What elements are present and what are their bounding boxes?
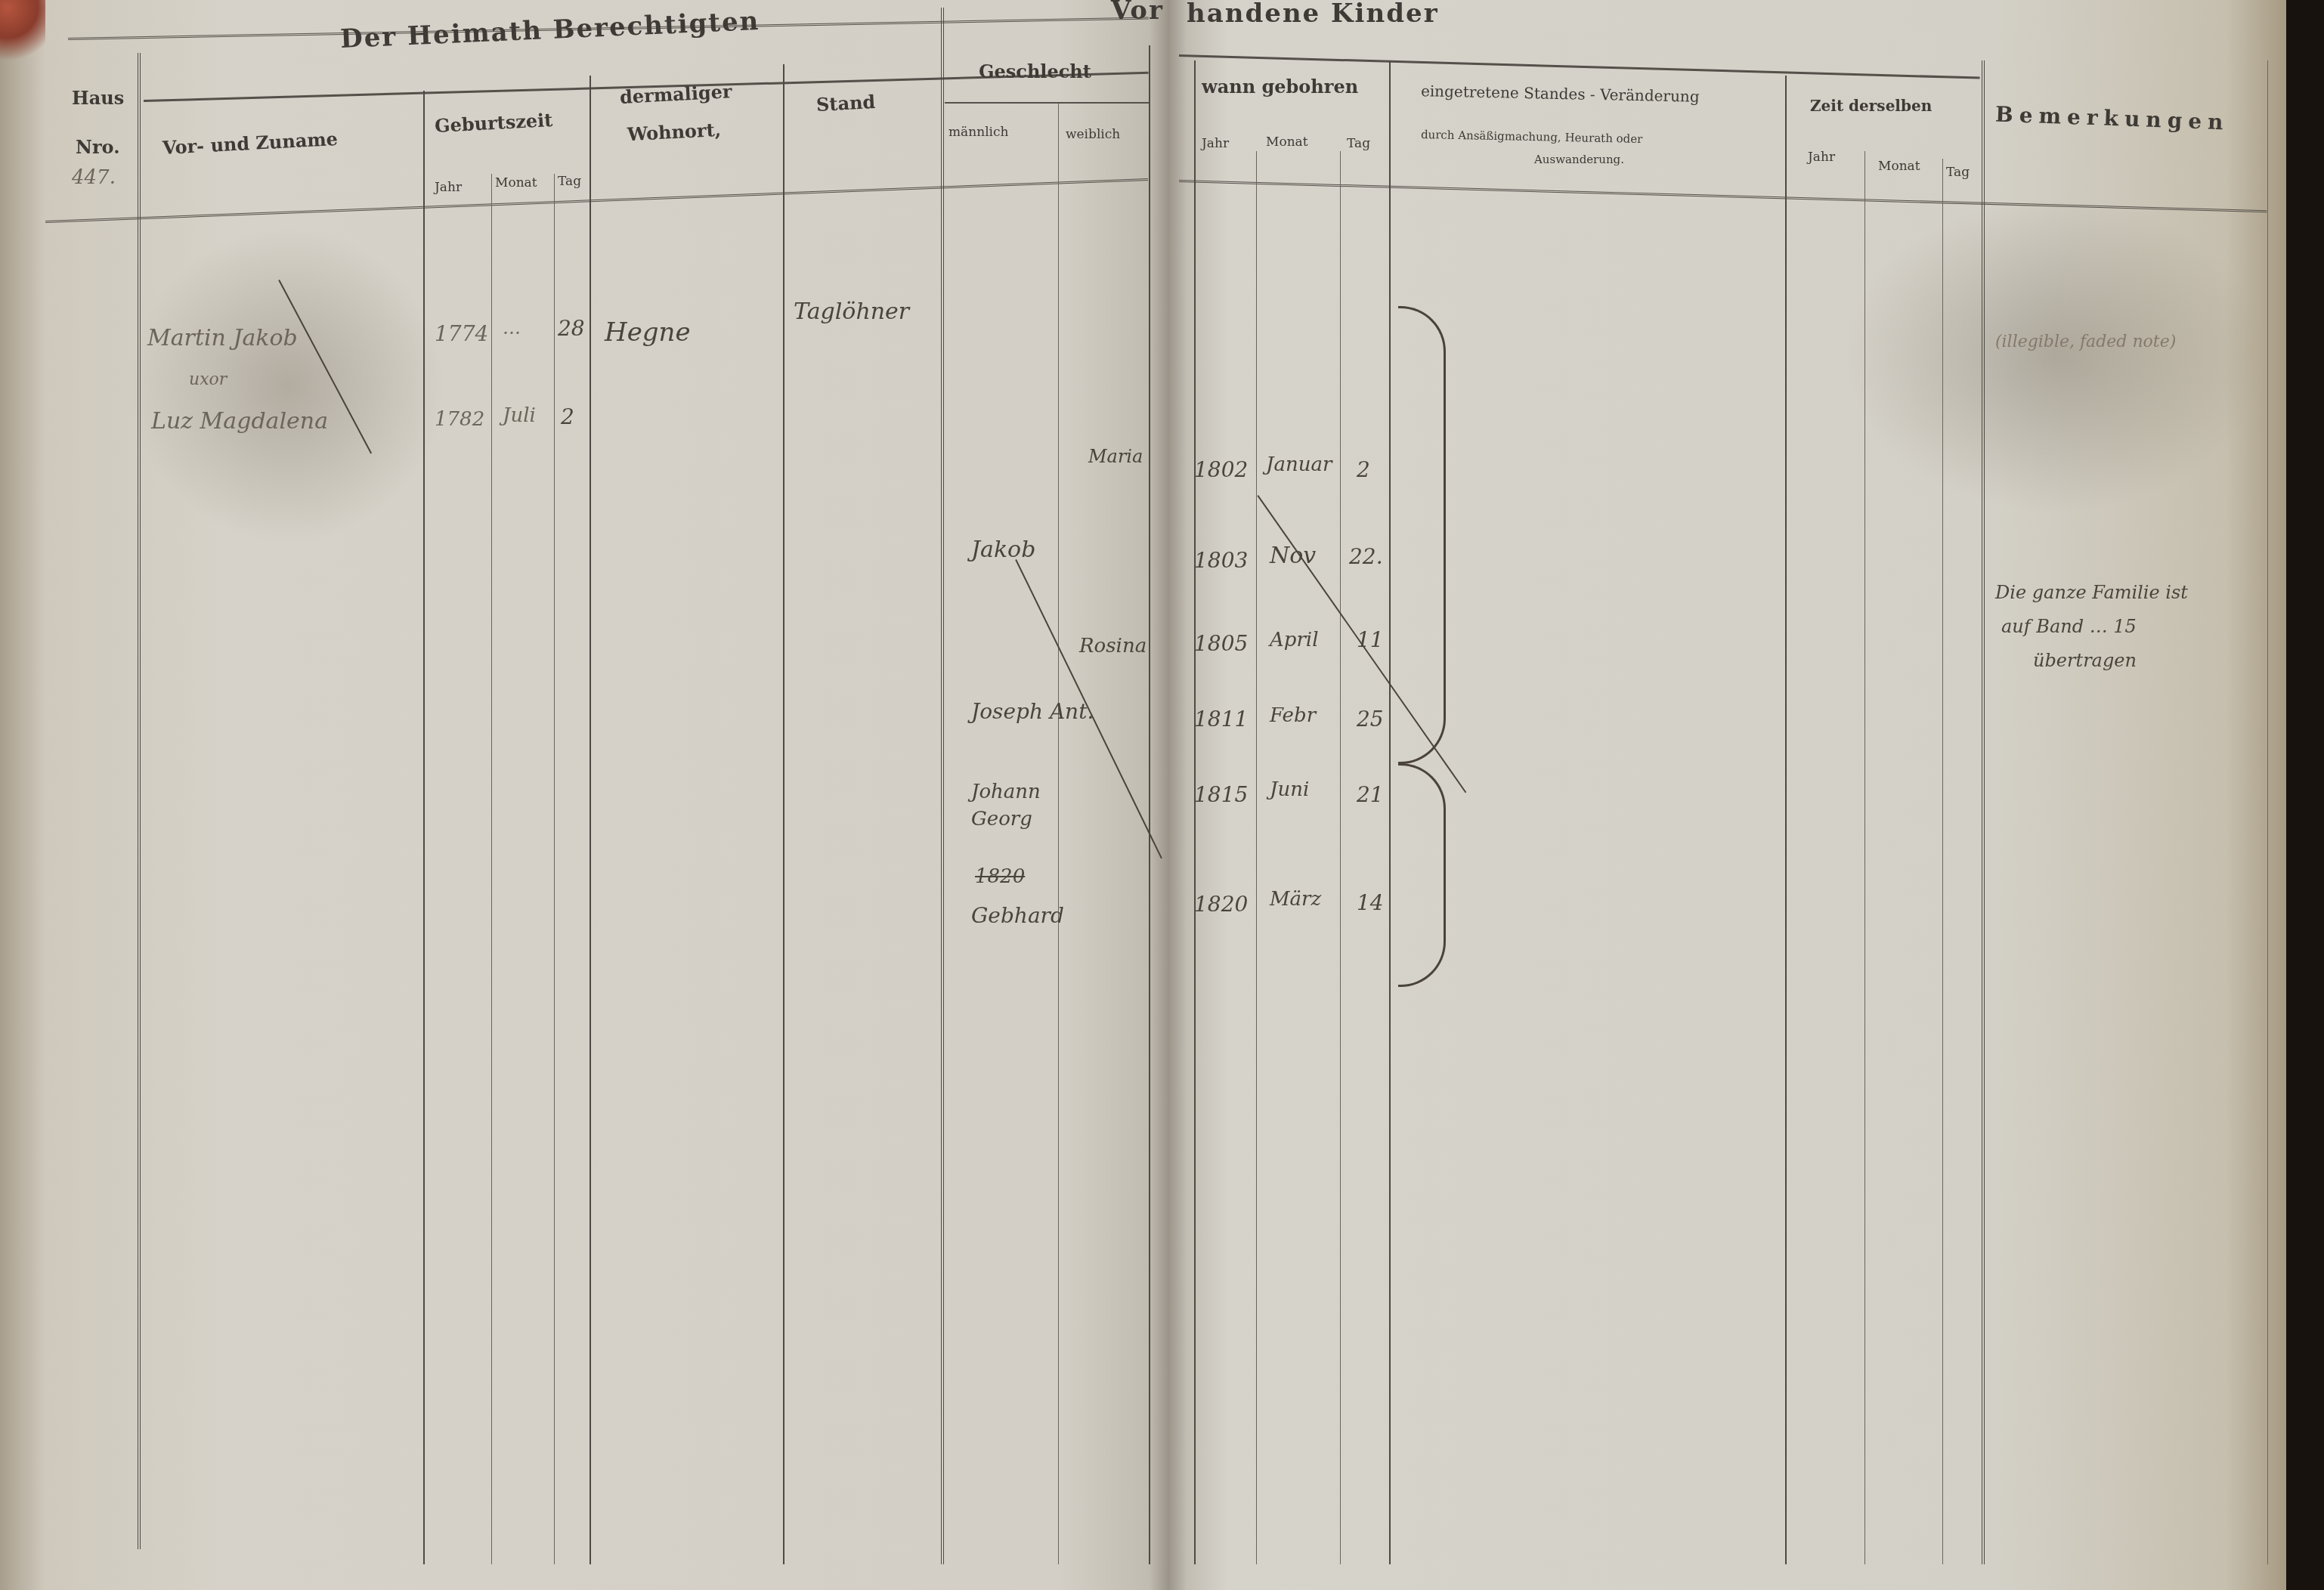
geschlecht-sub-rule (945, 102, 1149, 104)
stand-header: Stand (815, 91, 876, 116)
zeit-tag: Tag (1946, 165, 1970, 180)
stain (128, 227, 446, 544)
child-year-5: 1815 (1194, 782, 1248, 807)
col-divider (1864, 151, 1865, 1564)
wann-gebohren-monat: Monat (1266, 135, 1308, 150)
col-divider (590, 76, 591, 1564)
parent-year-1: 1774 (435, 321, 488, 346)
child-month-5: Juni (1270, 778, 1309, 801)
child-month-4: Febr (1270, 704, 1316, 727)
remark-note-2-line3: übertragen (2033, 650, 2137, 671)
col-divider (1982, 60, 1985, 1564)
parent-day-2: 2 (561, 404, 574, 429)
col-divider (1389, 60, 1391, 1564)
child-struck-entry: 1820 (975, 865, 1025, 888)
child-name-1: Maria (1088, 446, 1143, 467)
remark-note-2-line1: Die ganze Familie ist (1995, 582, 2188, 603)
remark-note-1: (illegible, faded note) (1995, 333, 2176, 351)
wann-gebohren-header: wann gebohren (1202, 76, 1358, 97)
wann-gebohren-jahr: Jahr (1202, 136, 1229, 151)
page-edge-rule (2267, 60, 2268, 1564)
col-divider (1194, 60, 1196, 1564)
child-year-2: 1803 (1194, 548, 1248, 573)
title-continuation: Vor (1111, 0, 1164, 26)
family-brace-upper (1398, 306, 1446, 764)
col-divider (941, 8, 944, 1564)
zeit-derselben-header: Zeit derselben (1810, 97, 1932, 115)
child-day-5: 21 (1357, 782, 1384, 807)
col-divider (554, 174, 555, 1564)
parent-month-2: Juli (503, 404, 536, 427)
zeit-jahr: Jahr (1808, 150, 1835, 165)
geschlecht-maennlich: männlich (948, 125, 1009, 140)
remark-note-2-line2: auf Band … 15 (2001, 616, 2137, 637)
child-day-2: 22. (1349, 544, 1383, 569)
thumb-holding-page (0, 0, 45, 60)
child-month-1: Januar (1266, 453, 1332, 476)
child-day-3: 11 (1357, 627, 1384, 652)
book-gutter (1149, 0, 1187, 1590)
col-divider (783, 64, 784, 1564)
child-name-2: Jakob (971, 537, 1035, 563)
child-year-3: 1805 (1194, 631, 1248, 656)
col-divider (1942, 159, 1943, 1564)
zeit-monat: Monat (1878, 159, 1920, 174)
child-day-6: 14 (1357, 890, 1384, 915)
col-divider (491, 174, 492, 1564)
geschlecht-weiblich: weiblich (1066, 127, 1120, 142)
parent-year-2: 1782 (435, 408, 484, 431)
child-month-6: März (1270, 888, 1321, 911)
col-divider (1058, 102, 1059, 1564)
right-page-title: handene Kinder (1187, 0, 1439, 29)
child-year-1: 1802 (1194, 457, 1248, 482)
geburtszeit-jahr: Jahr (435, 180, 462, 195)
child-year-4: 1811 (1194, 707, 1248, 732)
wann-gebohren-tag: Tag (1347, 136, 1370, 151)
family-brace-lower (1398, 763, 1446, 987)
parent-name-1: Martin Jakob (147, 325, 298, 351)
child-name-4: Joseph Ant. (971, 699, 1094, 724)
child-month-3: April (1270, 629, 1318, 651)
child-name-3: Rosina (1079, 635, 1147, 657)
child-name-5: Johann Georg (971, 778, 1054, 833)
child-name-6: Gebhard (971, 903, 1064, 928)
haus-label: Haus (72, 87, 124, 109)
parent-name-2: Luz Magdalena (151, 408, 328, 435)
house-number: 447. (72, 166, 116, 189)
parent-month-1: … (503, 317, 521, 339)
child-day-1: 2 (1357, 457, 1370, 482)
parent-wohnort: Hegne (605, 317, 691, 348)
col-divider (138, 53, 141, 1549)
stain (1844, 196, 2267, 514)
geburtszeit-monat: Monat (495, 175, 537, 190)
col-divider (1256, 151, 1257, 1564)
background-edge (2286, 0, 2324, 1590)
geschlecht-header: Geschlecht (979, 60, 1091, 82)
register-spread: Der Heimath Berechtigten Vor Haus Nro. 4… (0, 0, 2324, 1590)
parent-day-1: 28 (558, 316, 585, 341)
child-day-4: 25 (1357, 707, 1384, 732)
col-divider (1785, 76, 1787, 1564)
col-divider (1340, 151, 1341, 1564)
geburtszeit-tag: Tag (558, 174, 581, 189)
nro-label: Nro. (76, 136, 120, 158)
standes-veraenderung-sub2: Auswanderung. (1534, 153, 1624, 166)
parent-stand: Taglöhner (794, 299, 909, 325)
col-divider (1149, 45, 1150, 1564)
uxor-label: uxor (189, 370, 227, 389)
col-divider (423, 91, 425, 1564)
child-year-6: 1820 (1194, 892, 1248, 917)
